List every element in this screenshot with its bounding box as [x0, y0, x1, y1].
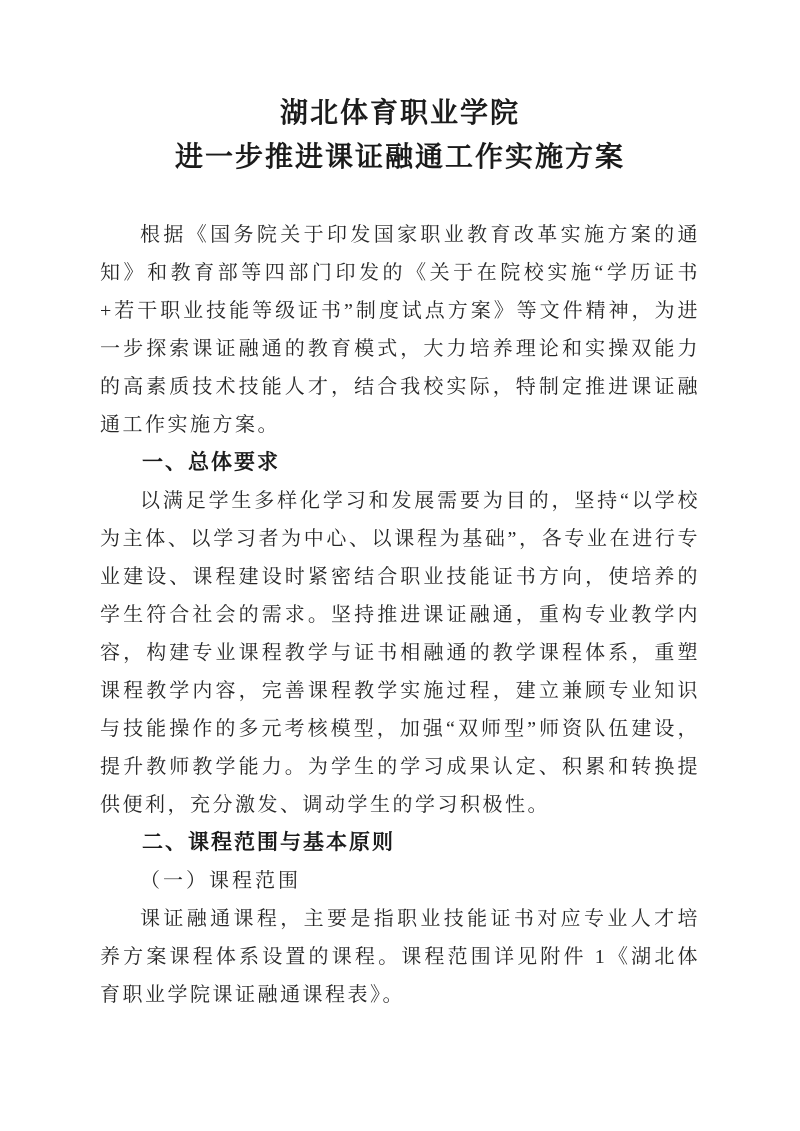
document-title-line-1: 湖北体育职业学院	[100, 92, 700, 136]
document-title-line-2: 进一步推进课证融通工作实施方案	[100, 136, 700, 180]
paragraph-intro: 根据《国务院关于印发国家职业教育改革实施方案的通知》和教育部等四部门印发的《关于…	[100, 216, 700, 444]
document-page: 湖北体育职业学院 进一步推进课证融通工作实施方案 根据《国务院关于印发国家职业教…	[0, 0, 800, 1131]
paragraph-overall-requirements: 以满足学生多样化学习和发展需要为目的，坚持“以学校为主体、以学习者为中心、以课程…	[100, 482, 700, 824]
heading-sub-1-course-scope: （一）课程范围	[100, 862, 700, 900]
document-title-block: 湖北体育职业学院 进一步推进课证融通工作实施方案	[100, 92, 700, 180]
heading-section-2-course-scope-principles: 二、课程范围与基本原则	[100, 824, 700, 862]
heading-section-1-overall-requirements: 一、总体要求	[100, 444, 700, 482]
paragraph-course-scope: 课证融通课程，主要是指职业技能证书对应专业人才培养方案课程体系设置的课程。课程范…	[100, 900, 700, 1014]
